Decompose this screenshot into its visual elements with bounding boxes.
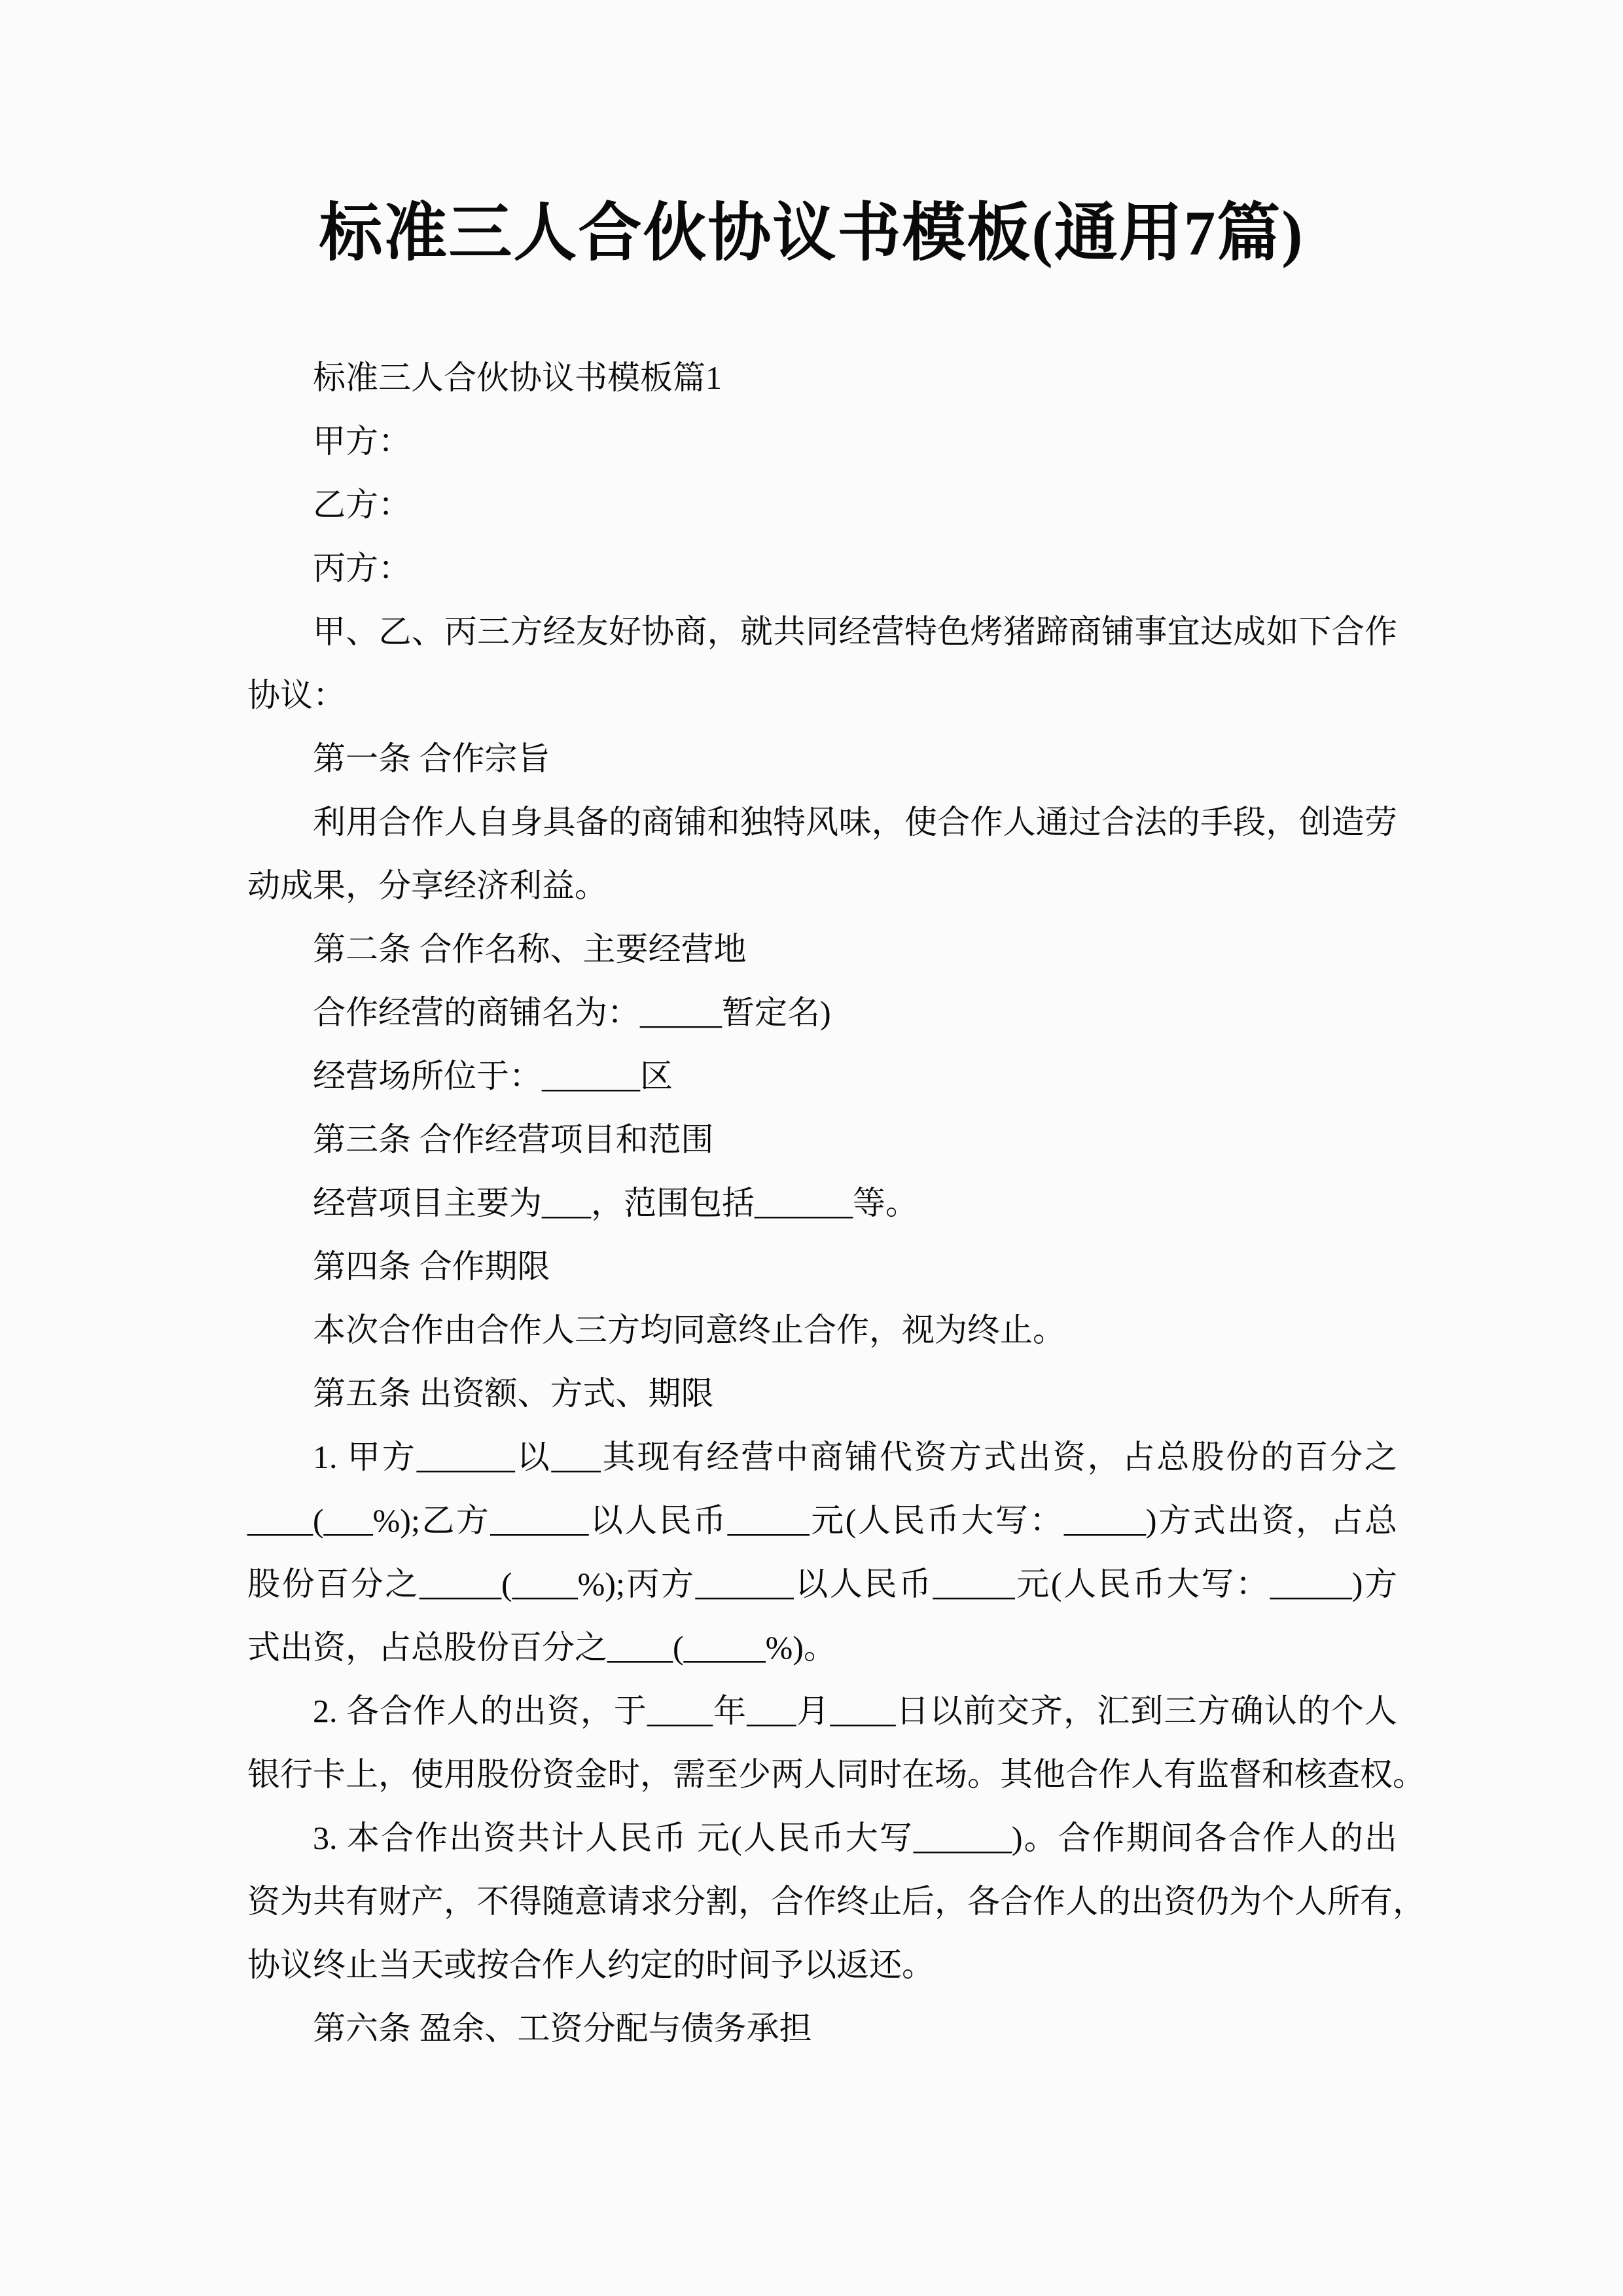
text-line: 第三条 合作经营项目和范围: [247, 1108, 1397, 1172]
text-line: 本次合作由合作人三方均同意终止合作，视为终止。: [247, 1299, 1397, 1362]
text-line: 2. 各合作人的出资，于____年___月____日以前交齐，汇到三方确认的个人: [247, 1679, 1397, 1743]
text-line: 合作经营的商铺名为：_____暂定名): [247, 981, 1397, 1045]
document-title: 标准三人合伙协议书模板(通用7篇): [0, 191, 1623, 276]
text-line: 3. 本合作出资共计人民币 元(人民币大写______)。合作期间各合作人的出: [247, 1806, 1397, 1870]
text-line: 第五条 出资额、方式、期限: [247, 1362, 1397, 1426]
text-line: 甲方：: [247, 410, 1397, 473]
text-line: 标准三人合伙协议书模板篇1: [247, 346, 1397, 410]
document-body: 标准三人合伙协议书模板篇1甲方：乙方：丙方：甲、乙、丙三方经友好协商，就共同经营…: [247, 346, 1397, 2060]
text-line: 丙方：: [247, 537, 1397, 600]
text-line: 第四条 合作期限: [247, 1235, 1397, 1299]
text-line: 银行卡上，使用股份资金时，需至少两人同时在场。其他合作人有监督和核查权。: [247, 1743, 1397, 1806]
text-line: 利用合作人自身具备的商铺和独特风味，使合作人通过合法的手段，创造劳: [247, 791, 1397, 854]
text-line: 第二条 合作名称、主要经营地: [247, 918, 1397, 981]
text-line: 甲、乙、丙三方经友好协商，就共同经营特色烤猪蹄商铺事宜达成如下合作: [247, 600, 1397, 664]
text-line: ____(___%);乙方______以人民币_____元(人民币大写：____…: [247, 1489, 1397, 1552]
text-line: 乙方：: [247, 473, 1397, 537]
text-line: 1. 甲方______以___其现有经营中商铺代资方式出资，占总股份的百分之: [247, 1426, 1397, 1489]
text-line: 动成果，分享经济利益。: [247, 854, 1397, 918]
text-line: 资为共有财产，不得随意请求分割，合作终止后，各合作人的出资仍为个人所有，: [247, 1870, 1397, 1933]
text-line: 式出资，占总股份百分之____(_____%)。: [247, 1616, 1397, 1679]
text-line: 协议：: [247, 664, 1397, 727]
text-line: 经营项目主要为___，范围包括______等。: [247, 1172, 1397, 1235]
text-line: 经营场所位于：______区: [247, 1045, 1397, 1108]
text-line: 协议终止当天或按合作人约定的时间予以返还。: [247, 1933, 1397, 1997]
text-line: 第六条 盈余、工资分配与债务承担: [247, 1997, 1397, 2060]
text-line: 股份百分之_____(____%);丙方______以人民币_____元(人民币…: [247, 1552, 1397, 1616]
document-page: 标准三人合伙协议书模板(通用7篇) 标准三人合伙协议书模板篇1甲方：乙方：丙方：…: [0, 0, 1623, 2296]
text-line: 第一条 合作宗旨: [247, 727, 1397, 791]
